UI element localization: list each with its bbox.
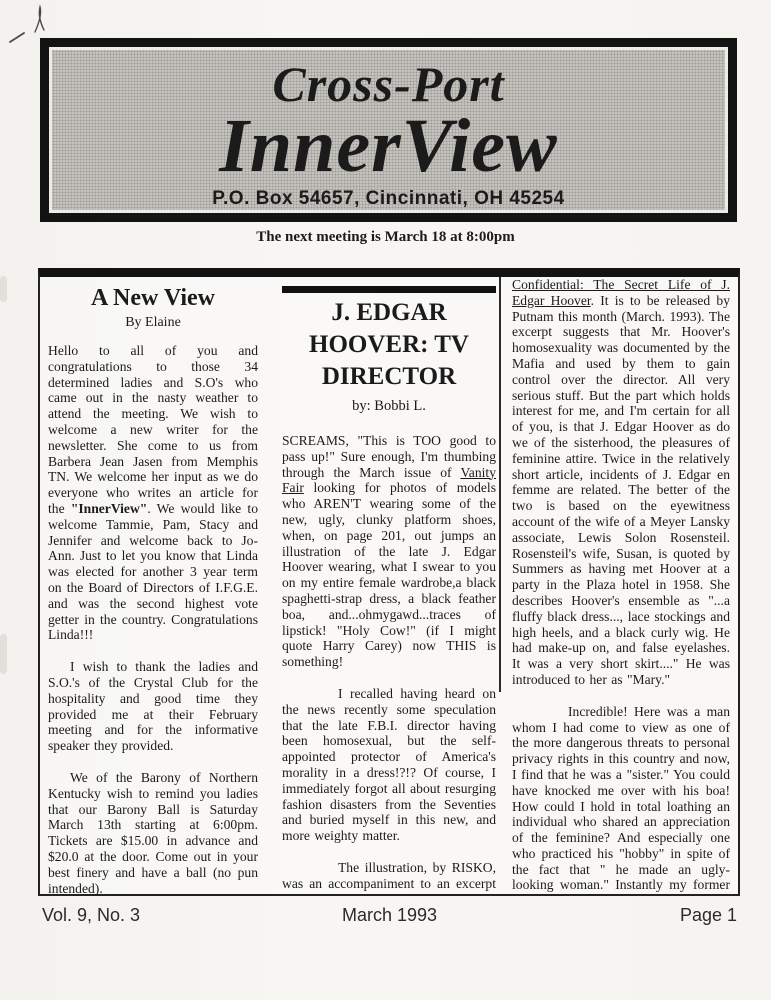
scan-smudge xyxy=(0,634,7,674)
footer-page-number: Page 1 xyxy=(437,905,737,926)
article-title: J. EDGAR HOOVER: TV DIRECTOR xyxy=(282,297,496,393)
article-heading-rule xyxy=(282,286,496,293)
masthead: Cross-Port InnerView P.O. Box 54657, Cin… xyxy=(40,38,737,222)
masthead-address: P.O. Box 54657, Cincinnati, OH 45254 xyxy=(49,188,728,210)
article-paragraph: I recalled having heard on the news rece… xyxy=(282,686,496,844)
meeting-notice: The next meeting is March 18 at 8:00pm xyxy=(0,229,771,246)
article-paragraph: SCREAMS, "This is TOO good to pass up!" … xyxy=(282,433,496,670)
article-paragraph: We of the Barony of Northern Kentucky wi… xyxy=(48,770,258,896)
newsletter-title-line1: Cross-Port xyxy=(49,57,728,111)
page-footer: Vol. 9, No. 3 March 1993 Page 1 xyxy=(42,905,737,926)
footer-date: March 1993 xyxy=(342,905,437,926)
newsletter-page: Cross-Port InnerView P.O. Box 54657, Cin… xyxy=(0,0,771,1000)
article-paragraph: Incredible! Here was a man whom I had co… xyxy=(512,704,730,896)
article-paragraph: The illustration, by RISKO, was an accom… xyxy=(282,860,496,896)
content-box: A New ViewBy ElaineHello to all of you a… xyxy=(38,268,740,896)
article-paragraph: Hello to all of you and congratulations … xyxy=(48,343,258,643)
column-left: A New ViewBy ElaineHello to all of you a… xyxy=(48,277,258,894)
article-byline: by: Bobbi L. xyxy=(282,398,496,415)
newsletter-title-line2: InnerView xyxy=(49,107,728,185)
article-byline: By Elaine xyxy=(48,315,258,331)
scan-smudge xyxy=(0,276,7,302)
column-right: Confidential: The Secret Life of J. Edga… xyxy=(504,277,730,894)
article-paragraph: Confidential: The Secret Life of J. Edga… xyxy=(512,277,730,688)
column-middle: J. EDGAR HOOVER: TV DIRECTORby: Bobbi L.… xyxy=(282,277,496,894)
column-separator-rule xyxy=(499,277,501,692)
footer-volume: Vol. 9, No. 3 xyxy=(42,905,342,926)
article-paragraph: I wish to thank the ladies and S.O.'s of… xyxy=(48,659,258,754)
article-title: A New View xyxy=(48,283,258,313)
